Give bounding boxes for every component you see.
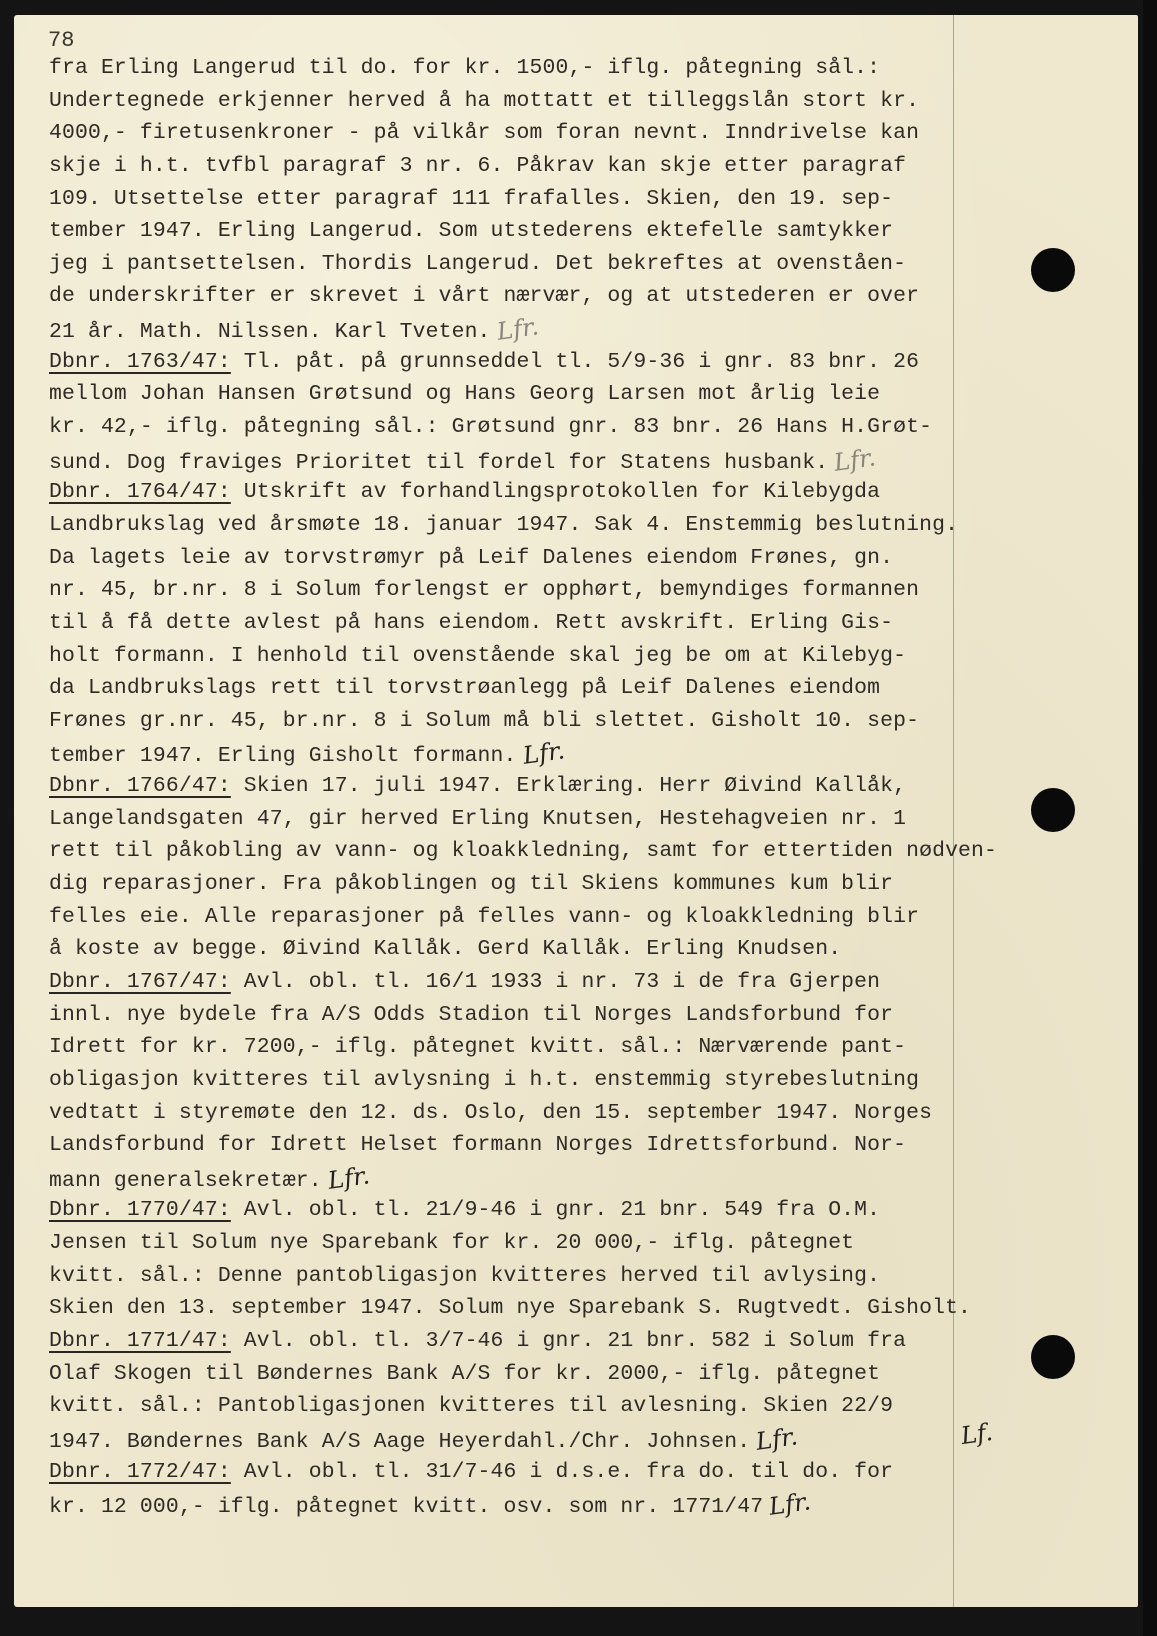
scanned-page: 78 fra Erling Langerud til do. for kr. 1… (0, 0, 1157, 1636)
line-text: å koste av begge. Øivind Kallåk. Gerd Ka… (49, 937, 841, 961)
line-text: felles eie. Alle reparasjoner på felles … (49, 905, 919, 929)
line-text: da Landbrukslags rett til torvstrøanlegg… (49, 676, 880, 700)
text-line: Jensen til Solum nye Sparebank for kr. 2… (49, 1227, 1049, 1260)
handwritten-initials-annotation: Lfr. (754, 1420, 800, 1458)
entry-number-header: Dbnr. 1770/47: (49, 1198, 231, 1222)
text-line: å koste av begge. Øivind Kallåk. Gerd Ka… (49, 933, 1049, 966)
registry-entry-start-line: Dbnr. 1771/47: Avl. obl. tl. 3/7-46 i gn… (49, 1325, 1049, 1358)
line-text: kvitt. sål.: Denne pantobligasjon kvitte… (49, 1264, 880, 1288)
line-text: Olaf Skogen til Bøndernes Bank A/S for k… (49, 1362, 880, 1386)
line-text: de underskrifter er skrevet i vårt nærvæ… (49, 284, 919, 308)
handwritten-initials-annotation: Lfr. (326, 1159, 372, 1197)
line-text: Tl. påt. på grunnseddel tl. 5/9-36 i gnr… (231, 350, 919, 374)
line-text: skje i h.t. tvfbl paragraf 3 nr. 6. Påkr… (49, 154, 906, 178)
text-line: innl. nye bydele fra A/S Odds Stadion ti… (49, 999, 1049, 1032)
text-line: Undertegnede erkjenner herved å ha motta… (49, 85, 1049, 118)
line-text: Avl. obl. tl. 16/1 1933 i nr. 73 i de fr… (231, 970, 880, 994)
text-line: felles eie. Alle reparasjoner på felles … (49, 901, 1049, 934)
line-text: fra Erling Langerud til do. for kr. 1500… (49, 56, 880, 80)
line-text: mellom Johan Hansen Grøtsund og Hans Geo… (49, 382, 880, 406)
line-text: Utskrift av forhandlingsprotokollen for … (231, 480, 880, 504)
line-text: obligasjon kvitteres til avlysning i h.t… (49, 1068, 919, 1092)
line-text: innl. nye bydele fra A/S Odds Stadion ti… (49, 1003, 893, 1027)
text-line: kr. 42,- iflg. påtegning sål.: Grøtsund … (49, 411, 1049, 444)
line-text: dig reparasjoner. Fra påkoblingen og til… (49, 872, 893, 896)
line-text: Jensen til Solum nye Sparebank for kr. 2… (49, 1231, 854, 1255)
text-line: de underskrifter er skrevet i vårt nærvæ… (49, 280, 1049, 313)
text-line: Landsforbund for Idrett Helset formann N… (49, 1129, 1049, 1162)
line-text: kvitt. sål.: Pantobligasjonen kvitteres … (49, 1394, 893, 1418)
entry-number-header: Dbnr. 1764/47: (49, 480, 231, 504)
line-text: sund. Dog fraviges Prioritet til fordel … (49, 451, 828, 475)
text-line: mellom Johan Hansen Grøtsund og Hans Geo… (49, 378, 1049, 411)
text-line: Olaf Skogen til Bøndernes Bank A/S for k… (49, 1358, 1049, 1391)
line-text: Frønes gr.nr. 45, br.nr. 8 i Solum må bl… (49, 709, 919, 733)
text-line: da Landbrukslags rett til torvstrøanlegg… (49, 672, 1049, 705)
line-text: Avl. obl. tl. 3/7-46 i gnr. 21 bnr. 582 … (231, 1329, 906, 1353)
scanner-edge (1143, 0, 1157, 1636)
registry-entry-start-line: Dbnr. 1764/47: Utskrift av forhandlingsp… (49, 476, 1049, 509)
text-line: kvitt. sål.: Denne pantobligasjon kvitte… (49, 1260, 1049, 1293)
line-text: Skien 17. juli 1947. Erklæring. Herr Øiv… (231, 774, 906, 798)
text-line: 109. Utsettelse etter paragraf 111 frafa… (49, 183, 1049, 216)
text-line: vedtatt i styremøte den 12. ds. Oslo, de… (49, 1097, 1049, 1130)
entry-number-header: Dbnr. 1763/47: (49, 350, 231, 374)
line-text: tember 1947. Erling Langerud. Som utsted… (49, 219, 893, 243)
line-text: til å få dette avlest på hans eiendom. R… (49, 611, 893, 635)
line-text: mann generalsekretær. (49, 1169, 322, 1193)
line-text: 1947. Bøndernes Bank A/S Aage Heyerdahl.… (49, 1430, 750, 1454)
text-line: til å få dette avlest på hans eiendom. R… (49, 607, 1049, 640)
line-text: Idrett for kr. 7200,- iflg. påtegnet kvi… (49, 1035, 906, 1059)
text-line: skje i h.t. tvfbl paragraf 3 nr. 6. Påkr… (49, 150, 1049, 183)
text-line: fra Erling Langerud til do. for kr. 1500… (49, 52, 1049, 85)
line-text: kr. 12 000,- iflg. påtegnet kvitt. osv. … (49, 1495, 763, 1519)
handwritten-initials-annotation: Lfr. (832, 441, 878, 479)
line-text: Avl. obl. tl. 21/9-46 i gnr. 21 bnr. 549… (231, 1198, 880, 1222)
handwritten-initials-annotation: Lfr. (767, 1485, 813, 1523)
line-text: Avl. obl. tl. 31/7-46 i d.s.e. fra do. t… (231, 1460, 893, 1484)
registry-entry-start-line: Dbnr. 1770/47: Avl. obl. tl. 21/9-46 i g… (49, 1194, 1049, 1227)
line-text: Landsforbund for Idrett Helset formann N… (49, 1133, 906, 1157)
line-text: 4000,- firetusenkroner - på vilkår som f… (49, 121, 919, 145)
text-line: 4000,- firetusenkroner - på vilkår som f… (49, 117, 1049, 150)
text-line: kr. 12 000,- iflg. påtegnet kvitt. osv. … (49, 1488, 1049, 1521)
line-text: rett til påkobling av vann- og kloakkled… (49, 839, 997, 863)
text-line: 1947. Bøndernes Bank A/S Aage Heyerdahl.… (49, 1423, 1049, 1456)
handwritten-initials-annotation: Lfr. (520, 735, 566, 773)
line-text: jeg i pantsettelsen. Thordis Langerud. D… (49, 252, 906, 276)
text-line: Idrett for kr. 7200,- iflg. påtegnet kvi… (49, 1031, 1049, 1064)
text-line: Da lagets leie av torvstrømyr på Leif Da… (49, 542, 1049, 575)
text-line: nr. 45, br.nr. 8 i Solum forlengst er op… (49, 574, 1049, 607)
text-line: sund. Dog fraviges Prioritet til fordel … (49, 444, 1049, 477)
text-line: Frønes gr.nr. 45, br.nr. 8 i Solum må bl… (49, 705, 1049, 738)
text-line: obligasjon kvitteres til avlysning i h.t… (49, 1064, 1049, 1097)
registry-entry-start-line: Dbnr. 1767/47: Avl. obl. tl. 16/1 1933 i… (49, 966, 1049, 999)
line-text: holt formann. I henhold til ovenstående … (49, 644, 906, 668)
line-text: Langelandsgaten 47, gir herved Erling Kn… (49, 807, 906, 831)
text-line: mann generalsekretær.Lfr. (49, 1162, 1049, 1195)
line-text: Undertegnede erkjenner herved å ha motta… (49, 89, 919, 113)
entry-number-header: Dbnr. 1772/47: (49, 1460, 231, 1484)
line-text: kr. 42,- iflg. påtegning sål.: Grøtsund … (49, 415, 932, 439)
text-line: jeg i pantsettelsen. Thordis Langerud. D… (49, 248, 1049, 281)
registry-entry-start-line: Dbnr. 1772/47: Avl. obl. tl. 31/7-46 i d… (49, 1456, 1049, 1489)
text-line: tember 1947. Erling Gisholt formann.Lfr. (49, 737, 1049, 770)
registry-entry-start-line: Dbnr. 1763/47: Tl. påt. på grunnseddel t… (49, 346, 1049, 379)
entry-number-header: Dbnr. 1766/47: (49, 774, 231, 798)
text-line: Landbrukslag ved årsmøte 18. januar 1947… (49, 509, 1049, 542)
text-line: Skien den 13. september 1947. Solum nye … (49, 1292, 1049, 1325)
margin-initials-annotation: Lf. (959, 1418, 994, 1450)
text-line: rett til påkobling av vann- og kloakkled… (49, 835, 1049, 868)
text-line: holt formann. I henhold til ovenstående … (49, 640, 1049, 673)
entry-number-header: Dbnr. 1767/47: (49, 970, 231, 994)
line-text: Skien den 13. september 1947. Solum nye … (49, 1296, 971, 1320)
line-text: Da lagets leie av torvstrømyr på Leif Da… (49, 546, 893, 570)
text-line: dig reparasjoner. Fra påkoblingen og til… (49, 868, 1049, 901)
entry-number-header: Dbnr. 1771/47: (49, 1329, 231, 1353)
line-text: Landbrukslag ved årsmøte 18. januar 1947… (49, 513, 958, 537)
text-line: 21 år. Math. Nilssen. Karl Tveten.Lfr. (49, 313, 1049, 346)
line-text: 109. Utsettelse etter paragraf 111 frafa… (49, 187, 893, 211)
line-text: 21 år. Math. Nilssen. Karl Tveten. (49, 320, 491, 344)
text-line: tember 1947. Erling Langerud. Som utsted… (49, 215, 1049, 248)
document-body: fra Erling Langerud til do. for kr. 1500… (49, 52, 1049, 1521)
text-line: kvitt. sål.: Pantobligasjonen kvitteres … (49, 1390, 1049, 1423)
line-text: vedtatt i styremøte den 12. ds. Oslo, de… (49, 1101, 932, 1125)
line-text: tember 1947. Erling Gisholt formann. (49, 744, 517, 768)
registry-entry-start-line: Dbnr. 1766/47: Skien 17. juli 1947. Erkl… (49, 770, 1049, 803)
line-text: nr. 45, br.nr. 8 i Solum forlengst er op… (49, 578, 919, 602)
handwritten-initials-annotation: Lfr. (494, 310, 540, 348)
text-line: Langelandsgaten 47, gir herved Erling Kn… (49, 803, 1049, 836)
page-number: 78 (48, 28, 74, 53)
